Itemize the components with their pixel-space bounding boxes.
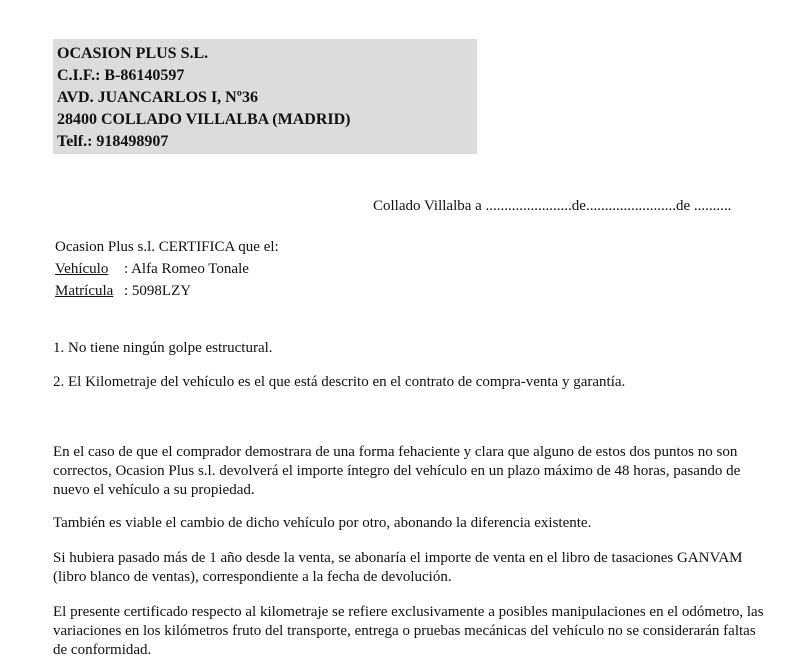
company-name: OCASION PLUS S.L. [57, 43, 477, 65]
plate-value: : 5098LZY [124, 283, 191, 299]
certification-block: Ocasion Plus s.l. CERTIFICA que el: Vehí… [55, 236, 279, 302]
point-structural: 1. No tiene ningún golpe estructural. [53, 339, 773, 358]
certification-intro: Ocasion Plus s.l. CERTIFICA que el: [55, 236, 279, 258]
company-header-box: OCASION PLUS S.L. C.I.F.: B-86140597 AVD… [53, 39, 477, 154]
paragraph-exchange: También es viable el cambio de dicho veh… [53, 514, 773, 533]
company-city: 28400 COLLADO VILLALBA (MADRID) [57, 109, 477, 131]
paragraph-ganvam: Si hubiera pasado más de 1 año desde la … [53, 549, 773, 587]
plate-row: Matrícula: 5098LZY [55, 280, 279, 302]
paragraph-odometer: El presente certificado respecto al kilo… [53, 603, 773, 660]
point-mileage: 2. El Kilometraje del vehículo es el que… [53, 373, 773, 392]
vehicle-label: Vehículo [55, 258, 124, 280]
company-phone: Telf.: 918498907 [57, 131, 477, 153]
company-cif: C.I.F.: B-86140597 [57, 65, 477, 87]
vehicle-row: Vehículo: Alfa Romeo Tonale [55, 258, 279, 280]
date-line: Collado Villalba a .....................… [373, 197, 731, 215]
paragraph-refund: En el caso de que el comprador demostrar… [53, 443, 773, 500]
vehicle-value: : Alfa Romeo Tonale [124, 261, 249, 277]
company-address: AVD. JUANCARLOS I, Nº36 [57, 87, 477, 109]
plate-label: Matrícula [55, 280, 124, 302]
